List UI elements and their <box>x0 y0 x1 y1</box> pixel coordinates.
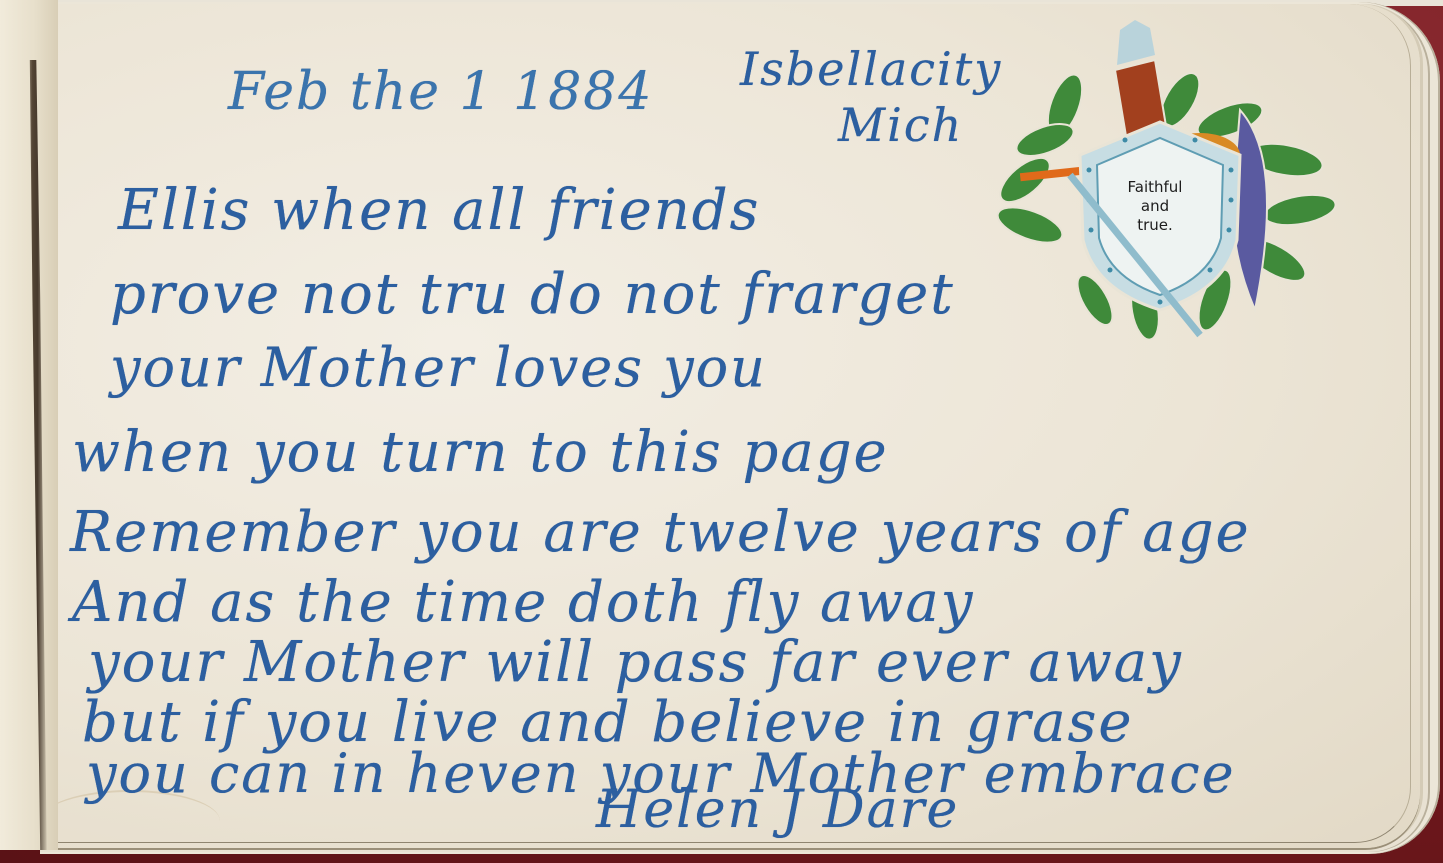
signature: Helen J Dare <box>596 780 959 840</box>
place-line-state: Mich <box>838 98 963 152</box>
verse-line: when you turn to this page <box>72 420 889 485</box>
verse-line: your Mother will pass far ever away <box>88 630 1183 695</box>
shield-motto: Faithful and true. <box>1100 178 1210 235</box>
verse-line: prove not tru do not frarget <box>110 262 955 327</box>
date-line: Feb the 1 1884 <box>228 62 653 122</box>
verse-line: Ellis when all friends <box>118 178 760 243</box>
motto-line: true. <box>1100 216 1210 235</box>
motto-line: Faithful <box>1100 178 1210 197</box>
place-line-city: Isbellacity <box>740 42 1002 96</box>
verse-line: And as the time doth fly away <box>72 570 974 635</box>
shield-scrap-icon <box>985 10 1365 340</box>
motto-line: and <box>1100 197 1210 216</box>
verse-line: your Mother loves you <box>110 336 767 399</box>
verse-line: Remember you are twelve years of age <box>70 500 1251 565</box>
binding-strip <box>0 0 58 850</box>
